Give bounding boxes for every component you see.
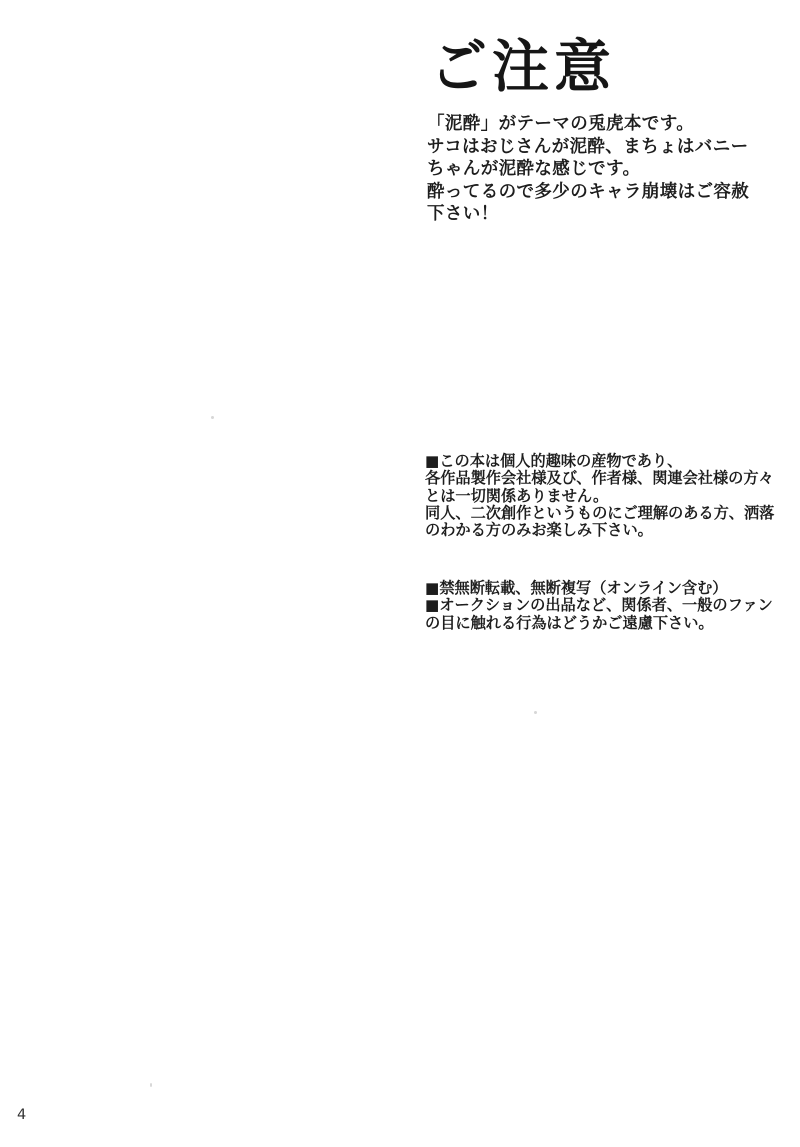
scanned-notice-page: ご注意 「泥酔」がテーマの兎虎本です。 サコはおじさんが泥酔、まちょはバニー ち… bbox=[0, 0, 800, 1147]
disclaimer-paragraph: ■この本は個人的趣味の産物であり、 各作品製作会社様及び、作者様、関連会社様の方… bbox=[425, 453, 774, 539]
scan-artifact-speck bbox=[150, 1083, 152, 1087]
page-title: ご注意 bbox=[430, 34, 616, 100]
scan-artifact-speck bbox=[534, 711, 537, 714]
page-number: 4 bbox=[17, 1105, 26, 1125]
intro-paragraph: 「泥酔」がテーマの兎虎本です。 サコはおじさんが泥酔、まちょはバニー ちゃんが泥… bbox=[427, 113, 749, 226]
reproduction-notice-paragraph: ■禁無断転載、無断複写（オンライン含む） ■オークションの出品など、関係者、一般… bbox=[425, 580, 773, 632]
scan-artifact-speck bbox=[211, 416, 214, 419]
